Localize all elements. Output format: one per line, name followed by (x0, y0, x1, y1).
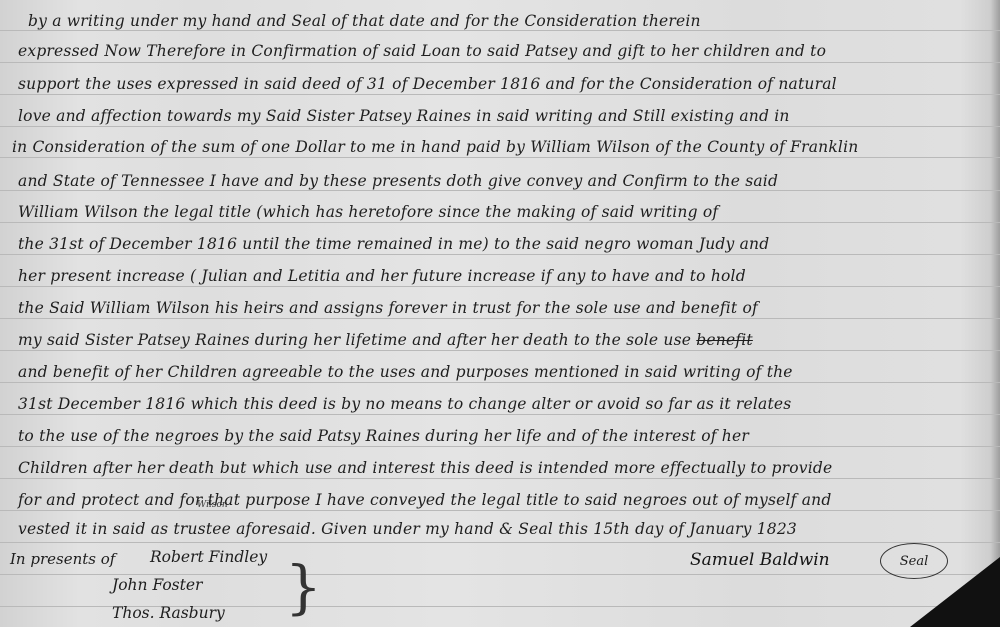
deed-line-15: Children after her death but which use a… (18, 459, 988, 477)
witness-2: John Foster (112, 576, 202, 594)
ruled-line (0, 478, 1000, 479)
ruled-line (0, 542, 1000, 543)
ruled-line (0, 190, 1000, 191)
ruled-line (0, 318, 1000, 319)
deed-line-9: her present increase ( Julian and Letiti… (18, 267, 988, 285)
ruled-line (0, 126, 1000, 127)
deed-line-11: my said Sister Patsey Raines during her … (18, 331, 988, 349)
signatory-signature: Samuel Baldwin (690, 550, 830, 570)
deed-line-10: the Said William Wilson his heirs and as… (18, 299, 988, 317)
deed-page: by a writing under my hand and Seal of t… (0, 0, 1000, 627)
ruled-line (0, 157, 1000, 158)
deed-line-12: and benefit of her Children agreeable to… (18, 363, 988, 381)
witness-3: Thos. Rasbury (112, 604, 225, 622)
deed-line-6: and State of Tennessee I have and by the… (18, 172, 988, 190)
deed-line-5: in Consideration of the sum of one Dolla… (12, 138, 988, 156)
deed-line-4: love and affection towards my Said Siste… (18, 107, 988, 125)
ruled-line (0, 222, 1000, 223)
deed-line-2: expressed Now Therefore in Confirmation … (18, 42, 988, 60)
ruled-line (0, 254, 1000, 255)
ruled-line (0, 94, 1000, 95)
deed-line-8: the 31st of December 1816 until the time… (18, 235, 988, 253)
deed-line-14: to the use of the negroes by the said Pa… (18, 427, 988, 445)
ruled-line (0, 30, 1000, 31)
deed-line-13: 31st December 1816 which this deed is by… (18, 395, 988, 413)
ruled-line (0, 414, 1000, 415)
ruled-line (0, 574, 1000, 575)
deed-line-17: vested it in said as trustee aforesaid. … (18, 520, 988, 538)
interlinear-insertion: Wilson (197, 500, 228, 510)
attestation-label: In presents of (10, 550, 115, 568)
ruled-line (0, 350, 1000, 351)
ruled-line (0, 62, 1000, 63)
ruled-line (0, 510, 1000, 511)
deed-line-7: William Wilson the legal title (which ha… (18, 203, 988, 221)
scan-corner-shadow (910, 557, 1000, 627)
witness-1: Robert Findley (150, 548, 267, 566)
ruled-line (0, 446, 1000, 447)
witness-brace-icon: } (285, 558, 322, 616)
struck-word: benefit (696, 331, 753, 349)
deed-line-3: support the uses expressed in said deed … (18, 75, 988, 93)
deed-line-11-text: my said Sister Patsey Raines during her … (18, 331, 691, 349)
ruled-line (0, 382, 1000, 383)
deed-line-1: by a writing under my hand and Seal of t… (28, 12, 988, 30)
deed-line-16: for and protect and for that purpose I h… (18, 491, 988, 509)
ruled-line (0, 286, 1000, 287)
